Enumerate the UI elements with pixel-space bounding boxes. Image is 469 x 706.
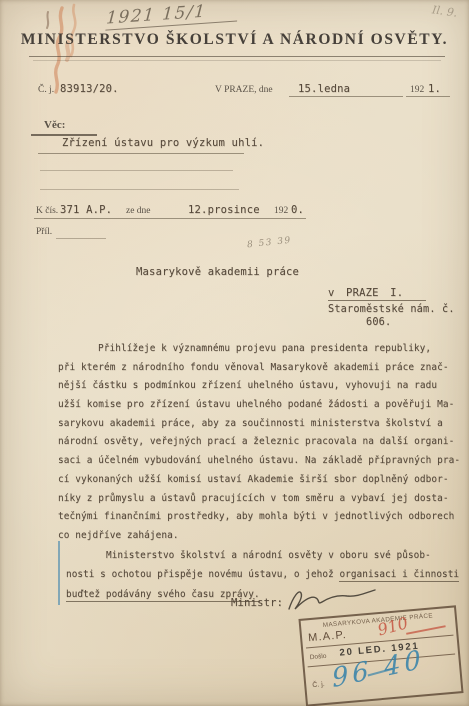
ref-number-label: Č. j. xyxy=(38,85,54,95)
subject-label: Věc: xyxy=(44,119,65,131)
subject-label-underline xyxy=(31,134,97,136)
body-line: Ministerstvo školství a národní osvěty v… xyxy=(66,546,462,565)
recipient-city: v PRAZE I. xyxy=(328,287,426,301)
kcis-year-typed: 0. xyxy=(291,204,304,216)
stamp-abbreviation: M.A.P. xyxy=(308,629,348,644)
attachments-label: Příl. xyxy=(36,227,52,237)
body-line: cí vykonaných užší komisí ustaví Akademi… xyxy=(58,471,462,490)
stamp-received-label: Došlo xyxy=(310,653,327,661)
date-underline xyxy=(289,96,403,97)
blank-line-1 xyxy=(40,170,233,171)
attachments-underline xyxy=(56,238,106,239)
body-line: níky z průmyslu a ústavů pracujících v t… xyxy=(58,490,462,509)
body-line: při kterém z národního fondu věnoval Mas… xyxy=(58,359,462,378)
body-line: tečnými finančními prostředky, aby mohla… xyxy=(58,508,462,527)
blank-line-2 xyxy=(40,189,239,190)
body-line-underlined: organisaci i činnosti xyxy=(339,569,459,582)
ref-number-value: 83913/20. xyxy=(60,83,119,95)
body-line: sarykovu akademii práce, aby za součinno… xyxy=(58,415,462,434)
pencil-registry-note: 8 53 39 xyxy=(247,236,293,251)
year-typed: 1. xyxy=(428,83,441,95)
body-line: národní osvěty, veřejných prací a železn… xyxy=(58,433,462,452)
letterhead-title: MINISTERSTVO ŠKOLSTVÍ A NÁRODNÍ OSVĚTY. xyxy=(0,31,469,49)
stamp-red-dash xyxy=(406,625,446,635)
kcis-year-printed: 192 xyxy=(274,206,288,216)
kcis-date: 12.prosince xyxy=(188,204,260,216)
kcis-zedne-label: ze dne xyxy=(126,206,151,216)
subject-value: Zřízení ústavu pro výzkum uhlí. xyxy=(62,137,264,149)
minister-signature xyxy=(283,583,381,617)
body-line: co nejdříve zahájena. xyxy=(58,527,462,546)
letterhead-rule xyxy=(29,56,445,57)
body-line-plain: nosti s ochotou přispěje novému ústavu, … xyxy=(66,569,339,580)
pencil-corner-note: Il. 9. xyxy=(431,3,458,19)
body-paragraph-2: Ministerstvo školství a národní osvěty v… xyxy=(66,546,462,604)
body-line: užší komise pro zřízení ústavu uhelného … xyxy=(58,396,462,415)
letterhead-rule-faint xyxy=(33,60,441,61)
scanned-letter-page: 1921 15/1 Il. 9. MINISTERSTVO ŠKOLSTVÍ A… xyxy=(0,0,469,706)
blue-margin-mark xyxy=(58,541,60,605)
recipient-address-line2: 606. xyxy=(366,317,391,328)
recipient-address-line1: Staroměstské nám. č. xyxy=(328,304,455,315)
body-line: nější částku s podmínkou zřízení uhelnéh… xyxy=(58,377,462,396)
subject-underline xyxy=(38,153,244,154)
kcis-label: K čís. xyxy=(36,206,58,216)
stamp-ref-label: Č. j. xyxy=(312,681,325,689)
kcis-number: 371 A.P. xyxy=(60,204,112,216)
year-printed: 192 xyxy=(410,85,424,95)
body-line: saci a účelném vybudování uhelného ústav… xyxy=(58,452,462,471)
year-underline xyxy=(406,96,450,97)
kcis-underline xyxy=(34,218,306,219)
place-date-label: V PRAZE, dne xyxy=(215,85,273,95)
minister-label: Ministr: xyxy=(231,597,283,609)
recipient-name: Masarykově akademii práce xyxy=(136,266,299,278)
body-line: nosti s ochotou přispěje novému ústavu, … xyxy=(66,565,462,584)
handwritten-date-note: 1921 15/1 xyxy=(105,0,238,31)
receiving-stamp: MASARYKOVA AKADEMIE PRÁCE M.A.P. 910 Doš… xyxy=(298,605,463,706)
body-paragraph-1: Přihlížeje k významnému projevu pana pre… xyxy=(58,340,462,546)
date-value: 15.ledna xyxy=(298,83,350,95)
body-line: Přihlížeje k významnému projevu pana pre… xyxy=(58,340,462,359)
